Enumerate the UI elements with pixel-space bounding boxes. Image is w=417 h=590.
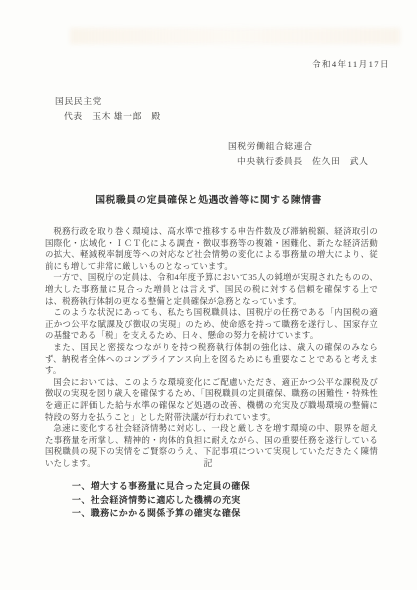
recipient-representative: 代表 玉木 雄一郎 殿 — [55, 109, 161, 124]
recipient-block: 国民民主党 代表 玉木 雄一郎 殿 — [55, 94, 161, 124]
body-paragraph: また、国民と密接なつながりを持つ税務執行体制の強化は、歳入の確保のみならず、納税… — [45, 342, 378, 377]
demand-list: 一、増大する事務量に見合った定員の確保 一、社会経済情勢に適応した機構の充実 一… — [72, 480, 250, 521]
demand-item: 一、社会経済情勢に適応した機構の充実 — [72, 494, 250, 508]
body-paragraph: 税務行政を取り巻く環境は、高水準で推移する申告件数及び滞納税額、経済取引の国際化… — [45, 226, 378, 272]
petition-document-page: 令和4年11月17日 国民民主党 代表 玉木 雄一郎 殿 国税労働組合総連合 中… — [0, 0, 417, 590]
body-paragraph: このような状況にあっても、私たち国税職員は、国税庁の任務である「内国税の適正かつ… — [45, 307, 378, 342]
record-marker: 記 — [0, 456, 417, 469]
demand-item: 一、増大する事務量に見合った定員の確保 — [72, 480, 250, 494]
recipient-party: 国民民主党 — [55, 94, 161, 109]
body-paragraph: 一方で、国税庁の定員は、令和4年度予算において35人の純増が実現されたものの、増… — [45, 272, 378, 307]
scan-artifact-band — [70, 28, 400, 44]
document-title: 国税職員の定員確保と処遇改善等に関する陳情書 — [0, 192, 417, 206]
body-paragraph: 国会においては、このような環境変化にご配慮いただき、適正かつ公平な課税及び徴収の… — [45, 377, 378, 423]
demand-item: 一、職務にかかる関係予算の確実な確保 — [72, 507, 250, 521]
sender-block: 国税労働組合総連合 中央執行委員長 佐久田 武人 — [228, 139, 369, 169]
body-text: 税務行政を取り巻く環境は、高水準で推移する申告件数及び滞納税額、経済取引の国際化… — [45, 226, 378, 469]
sender-chairman: 中央執行委員長 佐久田 武人 — [228, 154, 369, 169]
document-date: 令和4年11月17日 — [312, 58, 390, 70]
sender-organization: 国税労働組合総連合 — [228, 139, 369, 154]
